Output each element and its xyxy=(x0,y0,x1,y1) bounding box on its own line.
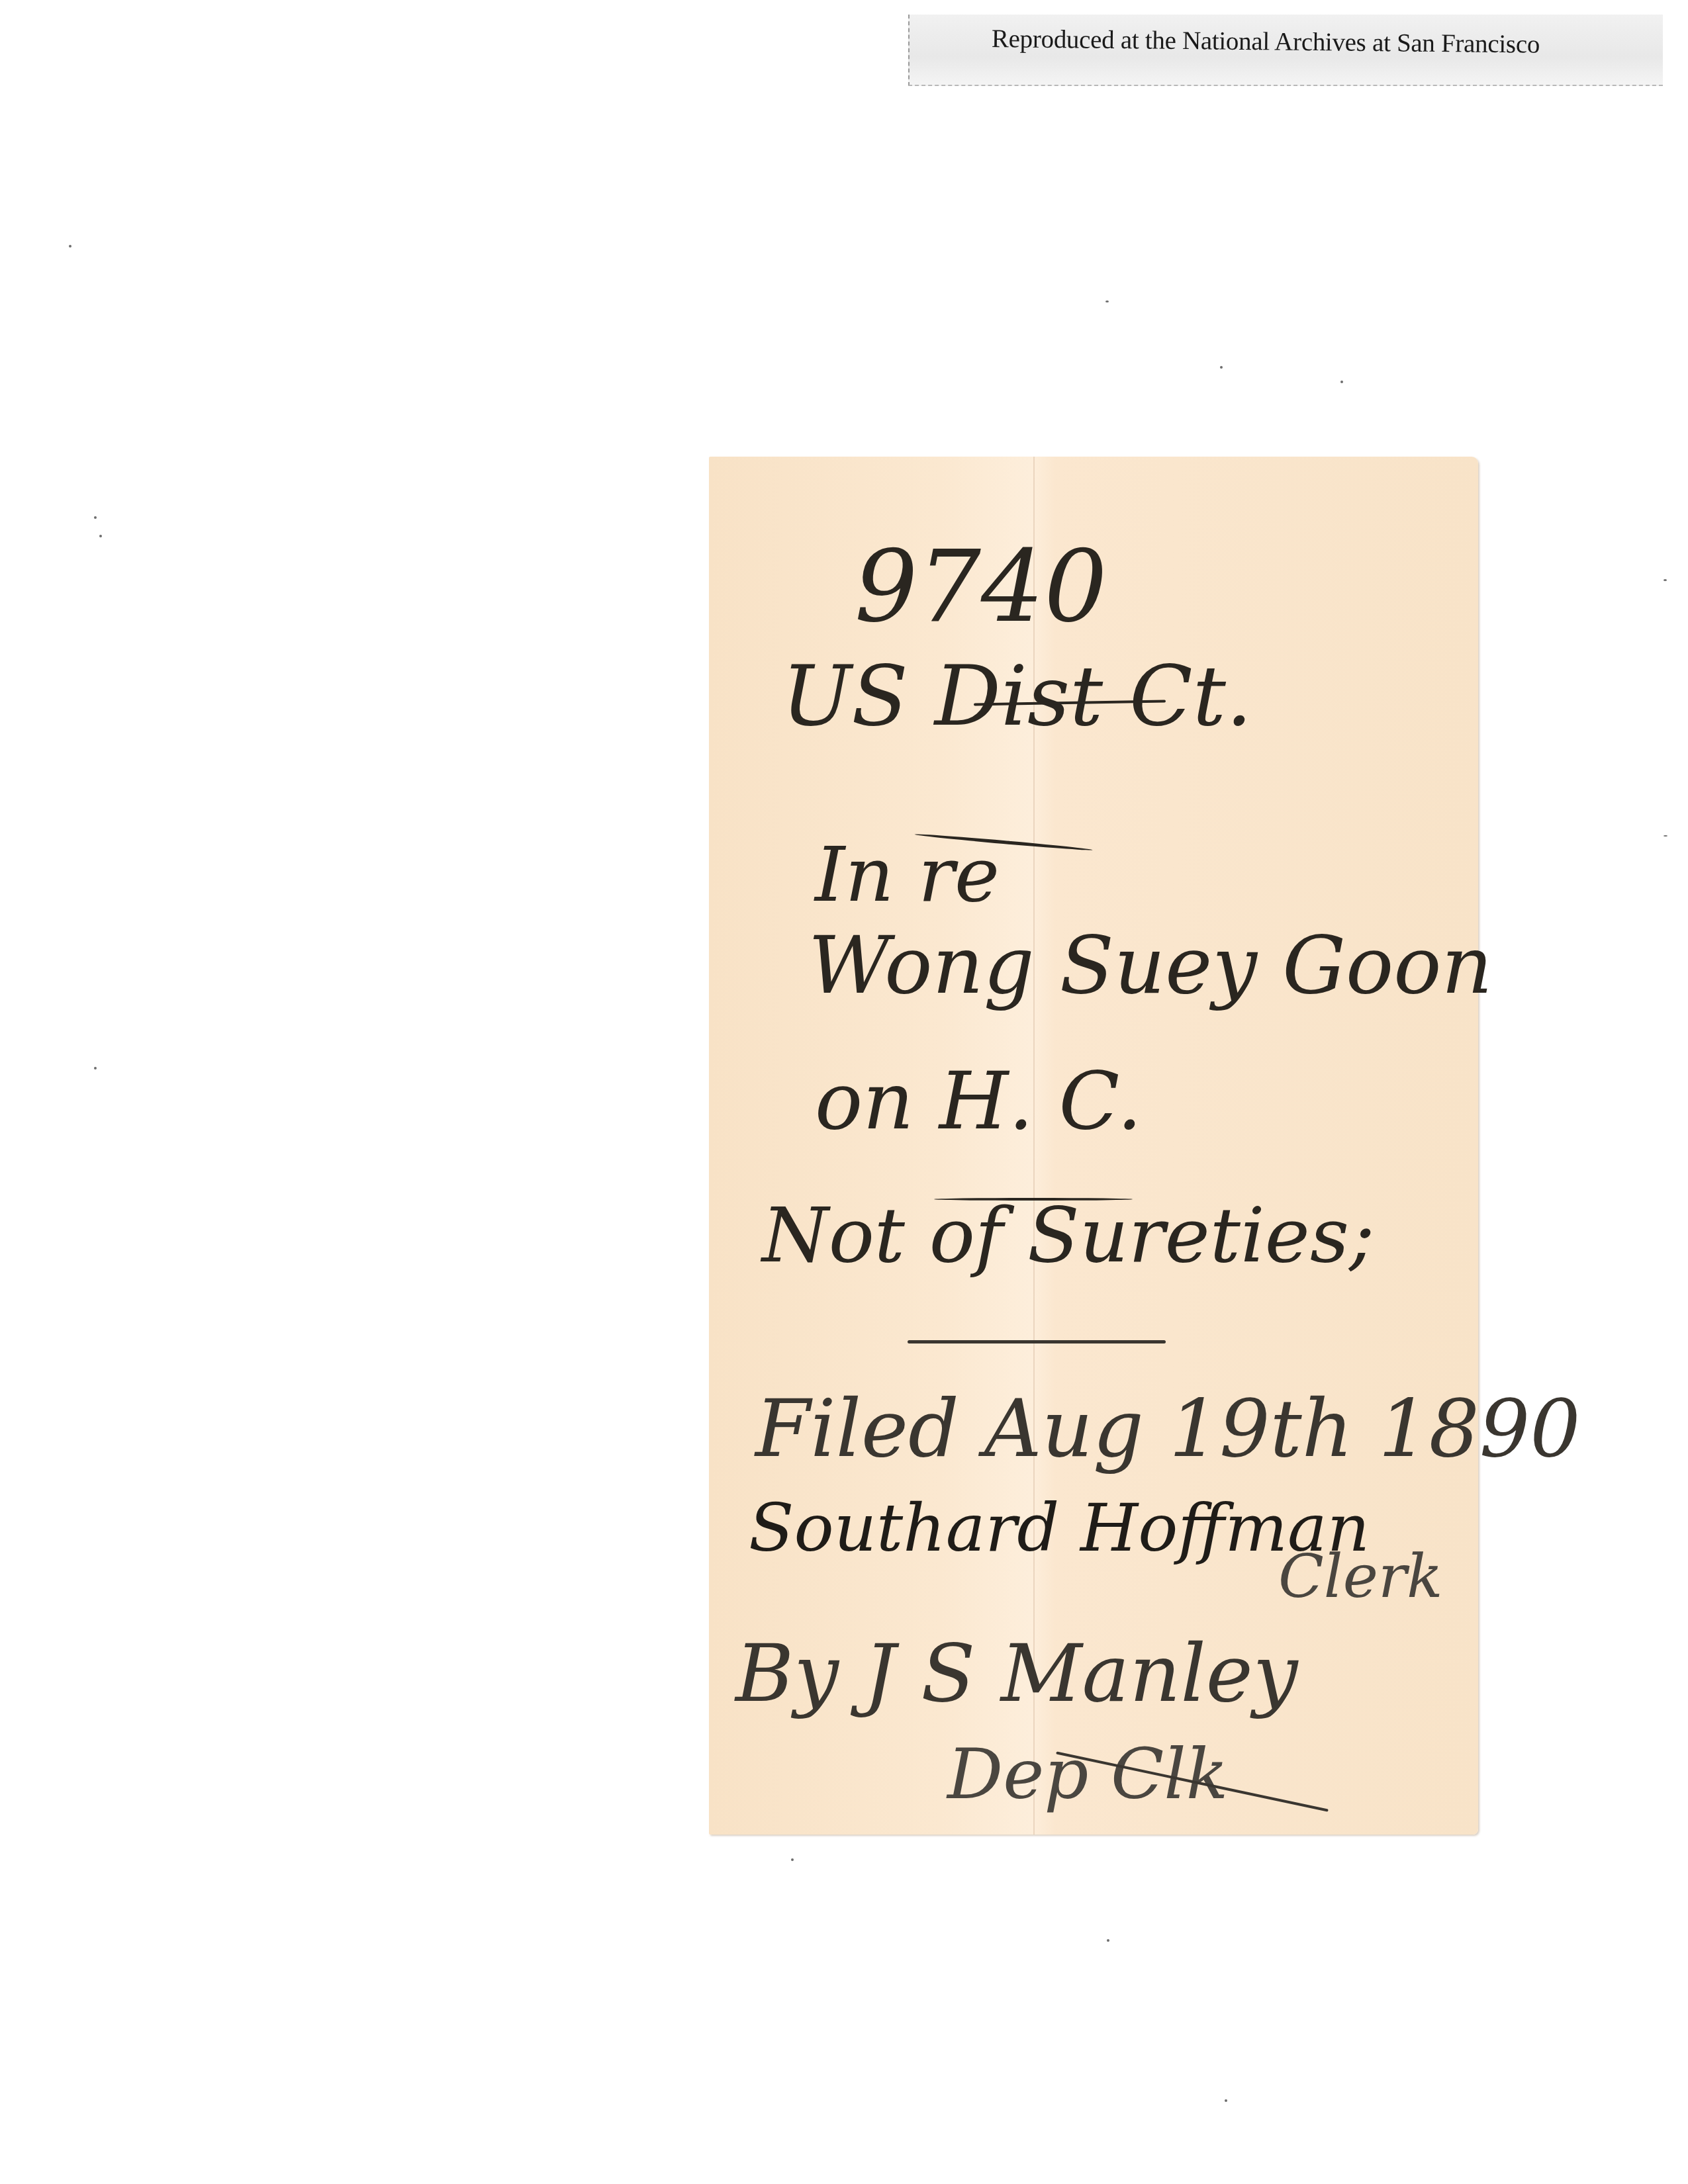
proceeding-type: on H. C. xyxy=(815,1056,1142,1148)
scan-speck xyxy=(99,535,102,537)
scan-speck xyxy=(1664,835,1667,837)
clerk-signature: Southard Hoffman xyxy=(749,1489,1370,1567)
deputy-signature: By J S Manley xyxy=(735,1628,1298,1720)
docket-slip: 9740 US Dist Ct. In re Wong Suey Goon on… xyxy=(709,457,1478,1835)
scan-speck xyxy=(1664,579,1667,581)
scan-speck xyxy=(1220,366,1223,369)
divider-line xyxy=(908,1340,1166,1343)
scan-speck xyxy=(1107,1939,1109,1942)
scan-speck xyxy=(94,1067,97,1069)
archive-reproduction-label: Reproduced at the National Archives at S… xyxy=(908,15,1663,86)
party-name: Wong Suey Goon xyxy=(808,920,1493,1012)
court-name: US Dist Ct. xyxy=(782,649,1252,745)
scan-speck xyxy=(94,516,97,519)
case-number: 9740 xyxy=(855,529,1107,645)
scan-speck xyxy=(791,1858,794,1861)
scan-speck xyxy=(1225,2099,1227,2102)
document-title: Not of Sureties; xyxy=(762,1191,1375,1280)
in-re-label: In re xyxy=(815,831,1000,919)
archive-label-text: Reproduced at the National Archives at S… xyxy=(992,24,1540,60)
clerk-title: Clerk xyxy=(1278,1542,1442,1612)
scan-speck xyxy=(69,245,71,248)
scan-speck xyxy=(1105,300,1109,302)
deputy-title: Dep Clk xyxy=(947,1734,1228,1815)
scan-speck xyxy=(1340,381,1343,383)
filed-date: Filed Aug 19th 1890 xyxy=(755,1383,1581,1475)
